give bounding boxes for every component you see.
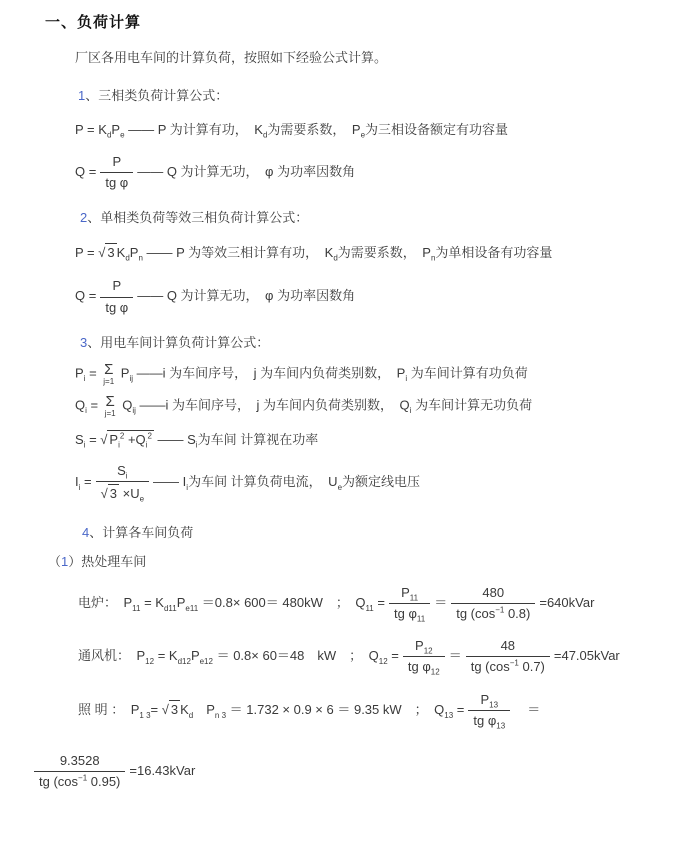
token-sub: d11 (164, 603, 177, 612)
section-1-heading: 1、三相类负荷计算公式： (78, 87, 676, 105)
section-2-label: 、单相类负荷等效三相负荷计算公式： (87, 210, 308, 225)
token-sub: d12 (178, 657, 191, 666)
formula-three-phase-q: Q =Ptg φ—— Q 为计算无功， φ 为功率因数角 (75, 154, 676, 192)
token-frac: Ptg φ (100, 278, 133, 316)
radical-sign: √ (162, 701, 169, 719)
token-txt: P (191, 648, 200, 663)
subsection-1-label: ）热处理车间 (68, 554, 146, 569)
token-txt: 0.7) (519, 659, 545, 674)
token-sup: −1 (495, 606, 504, 615)
token-sub: 11 (365, 603, 373, 612)
fraction-denominator: tg (cos−1 0.8) (451, 604, 535, 622)
token-txt: P (75, 365, 84, 380)
token-txt: tg (cos (456, 606, 495, 621)
radicand: Pi2 +Qi2 (107, 430, 153, 448)
token-sqrt: √3 (162, 702, 180, 717)
token-txt: =47.05kVar (554, 648, 620, 663)
token-sub: 11 (410, 593, 418, 602)
token-txt: 为车间计算有功负荷 (407, 365, 528, 380)
token-txt: S (117, 463, 126, 478)
fraction-numerator: P (100, 278, 133, 297)
token-txt: 通风机： P (78, 648, 145, 663)
token-sub: 12 (379, 657, 388, 666)
token-sum: Σj=1 (103, 362, 114, 386)
token-txt: tg φ (105, 300, 128, 315)
token-sub: e12 (200, 657, 213, 666)
token-txt: +Q (124, 432, 145, 447)
token-txt: ×U (119, 486, 140, 501)
section-3-heading: 3、用电车间计算负荷计算公式： (80, 334, 676, 352)
section-2-heading: 2、单相类负荷等效三相负荷计算公式： (80, 209, 676, 227)
token-txt: = K (140, 595, 164, 610)
token-txt: = (151, 702, 162, 717)
token-txt: —— S (154, 432, 196, 447)
radical-sign: √ (101, 486, 108, 502)
fraction-denominator: tg φ11 (389, 604, 430, 622)
fraction-numerator: P13 (468, 692, 510, 711)
radical-sign: √ (98, 244, 105, 262)
fraction-numerator: P11 (389, 585, 430, 604)
sigma-subscript: j=1 (105, 410, 116, 418)
token-txt: P (481, 692, 490, 707)
token-txt: 为额定线电压 (342, 474, 420, 489)
token-sub: 13 (444, 710, 453, 719)
token-txt: 电炉： P (78, 595, 132, 610)
token-frac: Si√3 ×Ue (96, 463, 149, 503)
token-txt: 3 (110, 486, 117, 501)
fraction-denominator: tg (cos−1 0.7) (466, 657, 550, 675)
token-txt: P (401, 585, 410, 600)
fraction-denominator: tg φ (100, 173, 133, 191)
token-txt: 为单相设备有功容量 (435, 245, 552, 260)
formula-single-phase-q: Q =Ptg φ—— Q 为计算无功， φ 为功率因数角 (75, 278, 676, 316)
radicand: 3 (108, 484, 119, 502)
token-txt: ——i 为车间序号， j 为车间内负荷类别数， P (133, 365, 405, 380)
section-4-label: 、计算各车间负荷 (89, 525, 193, 540)
token-txt: —— Q 为计算无功， φ 为功率因数角 (137, 289, 355, 304)
token-txt: ＝ 1.732 × 0.9 × 6 ＝ 9.35 kW ； Q (226, 702, 444, 717)
token-txt: tg φ (473, 713, 496, 728)
token-txt: = (453, 702, 464, 717)
formula-workshop-p: Pi = Σj=1 Pij ——i 为车间序号， j 为车间内负荷类别数， Pi… (75, 362, 676, 386)
token-sqrt: √Pi2 +Qi2 (100, 432, 154, 447)
token-txt: =640kVar (539, 595, 594, 610)
token-sub: e (140, 495, 144, 504)
token-txt: 为三相设备额定有功容量 (365, 122, 508, 137)
token-sub: 12 (431, 668, 440, 677)
token-txt: 为车间 计算视在功率 (198, 432, 319, 447)
token-txt: P (117, 365, 129, 380)
fraction-denominator: tg φ (100, 298, 133, 316)
token-frac: Ptg φ (100, 154, 133, 192)
token-txt: = K (154, 648, 178, 663)
token-sub: n 3 (215, 710, 226, 719)
formula-three-phase-p: P = KdPe —— P 为计算有功， Kd为需要系数， Pe为三相设备额定有… (75, 121, 676, 139)
calc-lighting: 照 明 ： P1 3= √3Kd Pn 3 ＝ 1.732 × 0.9 × 6 … (78, 692, 676, 730)
token-txt: = (85, 365, 100, 380)
token-frac: P11tg φ11 (389, 585, 430, 623)
token-sub: 13 (496, 722, 505, 731)
token-frac: P12tg φ12 (403, 638, 445, 676)
token-txt: = (80, 474, 91, 489)
token-txt: P = (75, 245, 98, 260)
token-txt: 480 (482, 585, 504, 600)
token-sub: i (118, 440, 120, 449)
fraction-numerator: Si (96, 463, 149, 482)
token-sub: 12 (145, 657, 154, 666)
radical-sign: √ (100, 431, 107, 449)
intro-paragraph: 厂区各用电车间的计算负荷，按照如下经验公式计算。 (75, 49, 676, 67)
token-txt: Q = (75, 164, 96, 179)
section-1-label: 、三相类负荷计算公式： (85, 88, 228, 103)
token-txt: K (117, 245, 126, 260)
token-txt: tg φ (105, 175, 128, 190)
token-txt: Q (75, 397, 85, 412)
token-txt: 3 (107, 245, 114, 260)
sigma-symbol: Σ (105, 394, 116, 410)
token-sub: 1 3 (139, 710, 150, 719)
token-txt: 为需要系数， P (338, 245, 431, 260)
token-txt: = (374, 595, 385, 610)
fraction-numerator: P12 (403, 638, 445, 657)
radicand: 3 (169, 700, 180, 718)
token-txt: ＝0.8× 600＝ 480kW ； Q (198, 595, 365, 610)
document-page: 一、负荷计算 厂区各用电车间的计算负荷，按照如下经验公式计算。 1、三相类负荷计… (0, 12, 676, 791)
fraction-numerator: 48 (466, 638, 550, 657)
fraction-numerator: P (100, 154, 133, 173)
token-frac: 480tg (cos−1 0.8) (451, 585, 535, 623)
token-txt: P (193, 702, 215, 717)
token-txt: tg (cos (39, 774, 78, 789)
token-frac: 9.3528tg (cos−1 0.95) (34, 753, 125, 791)
token-txt: = (85, 432, 100, 447)
token-txt: —— I (153, 474, 186, 489)
token-txt: tg φ (408, 659, 431, 674)
token-sub: 12 (424, 647, 433, 656)
token-sqrt: √3 (98, 245, 116, 260)
token-txt: P (111, 122, 120, 137)
token-frac: P13tg φ13 (468, 692, 510, 730)
fraction-denominator: tg φ12 (403, 657, 445, 675)
token-txt: P (112, 154, 121, 169)
calc-lighting-continued: 9.3528tg (cos−1 0.95)=16.43kVar (30, 753, 676, 791)
token-sup: −1 (510, 659, 519, 668)
token-sqrt: √3 (101, 486, 119, 501)
radicand: 3 (105, 243, 116, 261)
token-sub: i (126, 471, 128, 480)
token-txt: —— P 为等效三相计算有功， K (143, 245, 333, 260)
token-sub: 11 (417, 615, 425, 624)
sigma-symbol: Σ (103, 362, 114, 378)
formula-workshop-q: Qi = Σj=1 Qij ——i 为车间序号， j 为车间内负荷类别数， Qi… (75, 394, 676, 418)
token-txt: P (109, 432, 118, 447)
formula-workshop-s: Si = √Pi2 +Qi2 —— Si为车间 计算视在功率 (75, 430, 676, 449)
fraction-denominator: tg φ13 (468, 711, 510, 729)
token-sup: 2 (147, 431, 151, 440)
formula-single-phase-p: P = √3KdPn —— P 为等效三相计算有功， Kd为需要系数， Pn为单… (75, 243, 676, 262)
token-txt: ——i 为车间序号， j 为车间内负荷类别数， Q (136, 397, 410, 412)
token-txt: Q = (75, 289, 96, 304)
token-txt: K (180, 702, 189, 717)
token-txt: ＝ (434, 595, 447, 610)
section-4-heading: 4、计算各车间负荷 (82, 524, 676, 542)
token-sup: −1 (78, 774, 87, 783)
token-txt: 48 (501, 638, 515, 653)
token-frac: 48tg (cos−1 0.7) (466, 638, 550, 676)
sigma-subscript: j=1 (103, 378, 114, 386)
subsection-1-heading: （1）热处理车间 (48, 553, 676, 571)
calc-ventilator: 通风机： P12 = Kd12Pe12 ＝ 0.8× 60＝48 kW ； Q1… (78, 638, 676, 676)
calc-electric-furnace: 电炉： P11 = Kd11Pe11 ＝0.8× 600＝ 480kW ； Q1… (78, 585, 676, 623)
token-sum: Σj=1 (105, 394, 116, 418)
token-txt: ＝ (514, 702, 540, 717)
token-txt: 3 (171, 702, 178, 717)
token-sub: e11 (185, 603, 198, 612)
formula-workshop-i: Ii =Si√3 ×Ue—— Ii为车间 计算负荷电流， Ue为额定线电压 (75, 463, 676, 503)
token-txt: 为需要系数， P (267, 122, 360, 137)
token-txt: 为车间 计算负荷电流， U (188, 474, 338, 489)
subsection-1-prefix: （ (48, 554, 61, 569)
token-txt: 为车间计算无功负荷 (411, 397, 532, 412)
token-txt: tg (cos (471, 659, 510, 674)
token-txt: Q (119, 397, 133, 412)
token-txt: ＝ (449, 648, 462, 663)
fraction-denominator: tg (cos−1 0.95) (34, 772, 125, 790)
token-txt: 照 明 ： P (78, 702, 139, 717)
token-sub: 13 (489, 700, 498, 709)
token-txt: 0.8) (504, 606, 530, 621)
section-3-label: 、用电车间计算负荷计算公式： (87, 335, 269, 350)
token-txt: =16.43kVar (129, 763, 195, 778)
token-txt: —— P 为计算有功， K (125, 122, 263, 137)
token-txt: ＝ 0.8× 60＝48 kW ； Q (213, 648, 379, 663)
doc-title: 一、负荷计算 (45, 12, 676, 33)
token-sub: i (146, 440, 148, 449)
token-txt: = (388, 648, 399, 663)
fraction-denominator: √3 ×Ue (96, 482, 149, 502)
token-txt: P (112, 278, 121, 293)
token-txt: tg φ (394, 606, 417, 621)
token-txt: —— Q 为计算无功， φ 为功率因数角 (137, 164, 355, 179)
fraction-numerator: 9.3528 (34, 753, 125, 772)
token-txt: 0.95) (87, 774, 120, 789)
token-txt: S (75, 432, 84, 447)
fraction-numerator: 480 (451, 585, 535, 604)
token-txt: 9.3528 (60, 753, 100, 768)
token-txt: P = K (75, 122, 107, 137)
token-txt: P (415, 638, 424, 653)
token-txt: = (87, 397, 102, 412)
